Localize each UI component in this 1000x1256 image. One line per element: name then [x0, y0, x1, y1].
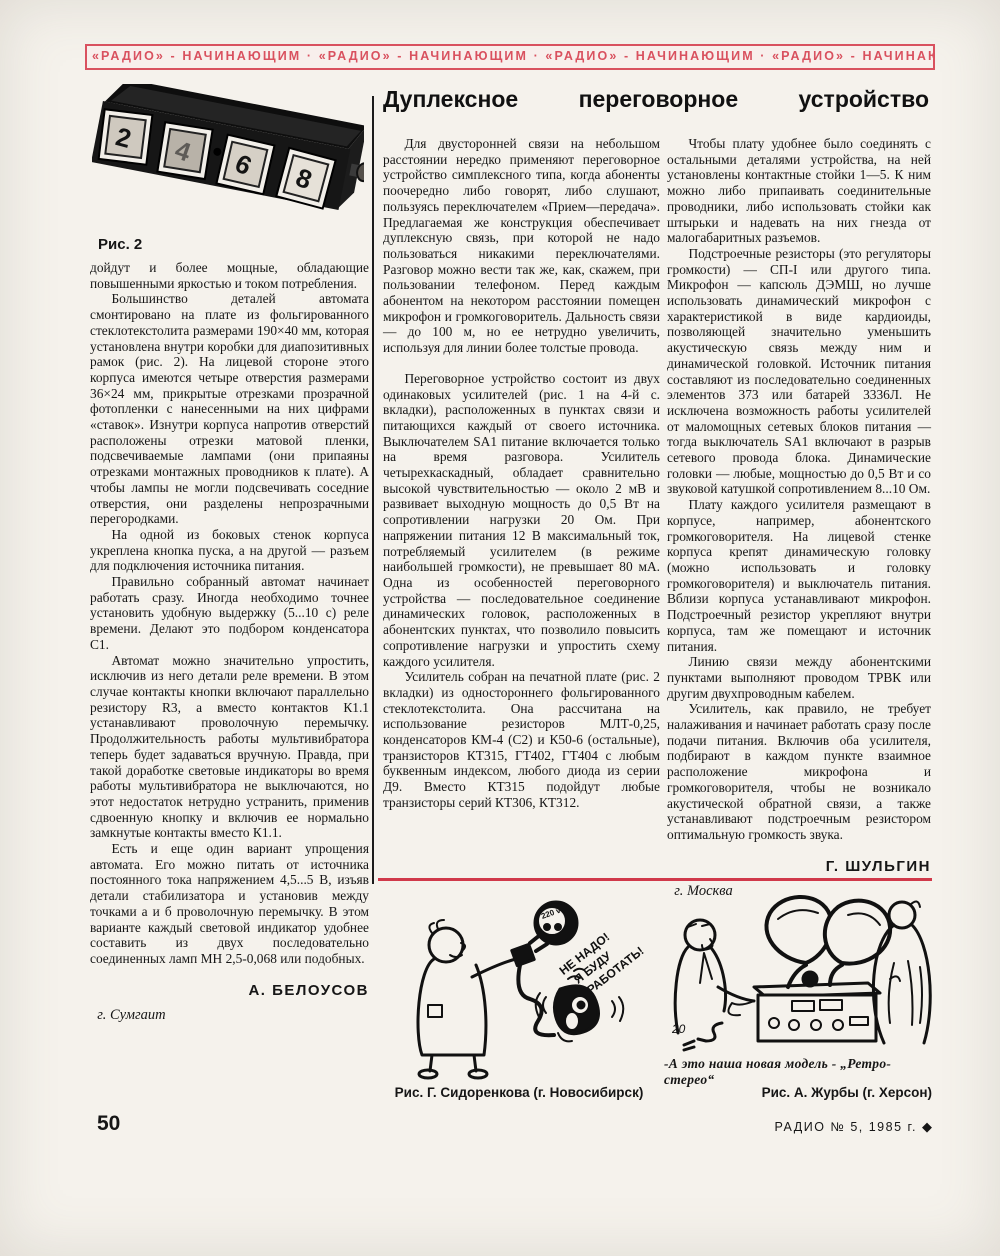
device-window-2: 4	[157, 122, 212, 179]
red-divider	[378, 878, 932, 881]
figure-photo: 2 4 6 8	[92, 84, 364, 236]
cartoon-right: 20	[658, 883, 938, 1055]
cord	[698, 1023, 722, 1041]
article-title: Дуплексное переговорное устройство	[383, 86, 929, 113]
magazine-page: «РАДИО» - НАЧИНАЮЩИМ · «РАДИО» - НАЧИНАЮ…	[0, 0, 1000, 1256]
page-number: 50	[97, 1112, 120, 1136]
header-banner: «РАДИО» - НАЧИНАЮЩИМ · «РАДИО» - НАЧИНАЮ…	[85, 44, 935, 70]
author-signature: Г. ШУЛЬГИН	[667, 859, 931, 875]
column-divider	[372, 96, 374, 884]
paragraph: Усилитель собран на печатной плате (рис.…	[383, 669, 660, 810]
paragraph: Автомат можно значительно упростить, иск…	[90, 653, 369, 841]
device-window-3: 6	[216, 135, 274, 195]
paragraph: Есть и еще один вариант упрощения автома…	[90, 841, 369, 967]
left-article-column: дойдут и более мощные, обладающие повыше…	[90, 260, 369, 1024]
cartoon-right-caption: Рис. А. Журбы (г. Херсон)	[680, 1085, 932, 1100]
author-city: г. Сумгаит	[90, 1008, 369, 1024]
footer-issue: РАДИО № 5, 1985 г. ◆	[700, 1119, 932, 1135]
paragraph: Усилитель, как правило, не требует налаж…	[667, 701, 931, 842]
horn-left	[766, 897, 831, 963]
paragraph: Чтобы плату удобнее было соединять с ост…	[667, 136, 931, 246]
paragraph: Для двусторонней связи на небольшом расс…	[383, 136, 660, 356]
cartoon-right-quote: -А это наша новая модель - „Ретро-стерео…	[664, 1056, 938, 1088]
paragraph: Переговорное устройство состоит из двух …	[383, 371, 660, 669]
author-signature: А. БЕЛОУСОВ	[90, 983, 369, 999]
paragraph: дойдут и более мощные, обладающие повыше…	[90, 260, 369, 291]
banner-text: «РАДИО» - НАЧИНАЮЩИМ · «РАДИО» - НАЧИНАЮ…	[92, 49, 935, 63]
artist-mark: 20	[671, 1022, 686, 1036]
cartoon-left: НЕ НАДО! Я БУДУ РАБОТАТЬ! 220 v	[388, 893, 650, 1081]
seller-arm	[718, 987, 754, 1001]
figure-caption: Рис. 2	[98, 236, 142, 253]
paragraph: На одной из боковых стенок корпуса укреп…	[90, 527, 369, 574]
cartoon-left-caption: Рис. Г. Сидоренкова (г. Новосибирск)	[383, 1085, 655, 1100]
paragraph: Большинство деталей автомата смонтирован…	[90, 291, 369, 527]
paragraph: Правильно собранный автомат начинает раб…	[90, 574, 369, 653]
diamond-icon: ◆	[922, 1119, 932, 1134]
paragraph: Линию связи между абонентскими пунктами …	[667, 654, 931, 701]
main-article-column-2: Чтобы плату удобнее было соединять с ост…	[667, 136, 931, 900]
cartoon-gramophone-drawing: 20	[658, 883, 938, 1055]
main-article-column-1: Для двусторонней связи на небольшом расс…	[383, 136, 660, 811]
horn-right	[825, 901, 890, 964]
device-window-1: 2	[99, 109, 153, 164]
cartoon-plug-drawing: НЕ НАДО! Я БУДУ РАБОТАТЬ! 220 v	[388, 893, 650, 1081]
footer-issue-text: РАДИО № 5, 1985 г.	[775, 1120, 917, 1134]
paragraph: Подстроечные резисторы (это регуляторы г…	[667, 246, 931, 497]
plug	[512, 944, 534, 965]
slide-indicator-device-image: 2 4 6 8	[92, 84, 364, 236]
paragraph: Плату каждого усилителя размещают в корп…	[667, 497, 931, 654]
